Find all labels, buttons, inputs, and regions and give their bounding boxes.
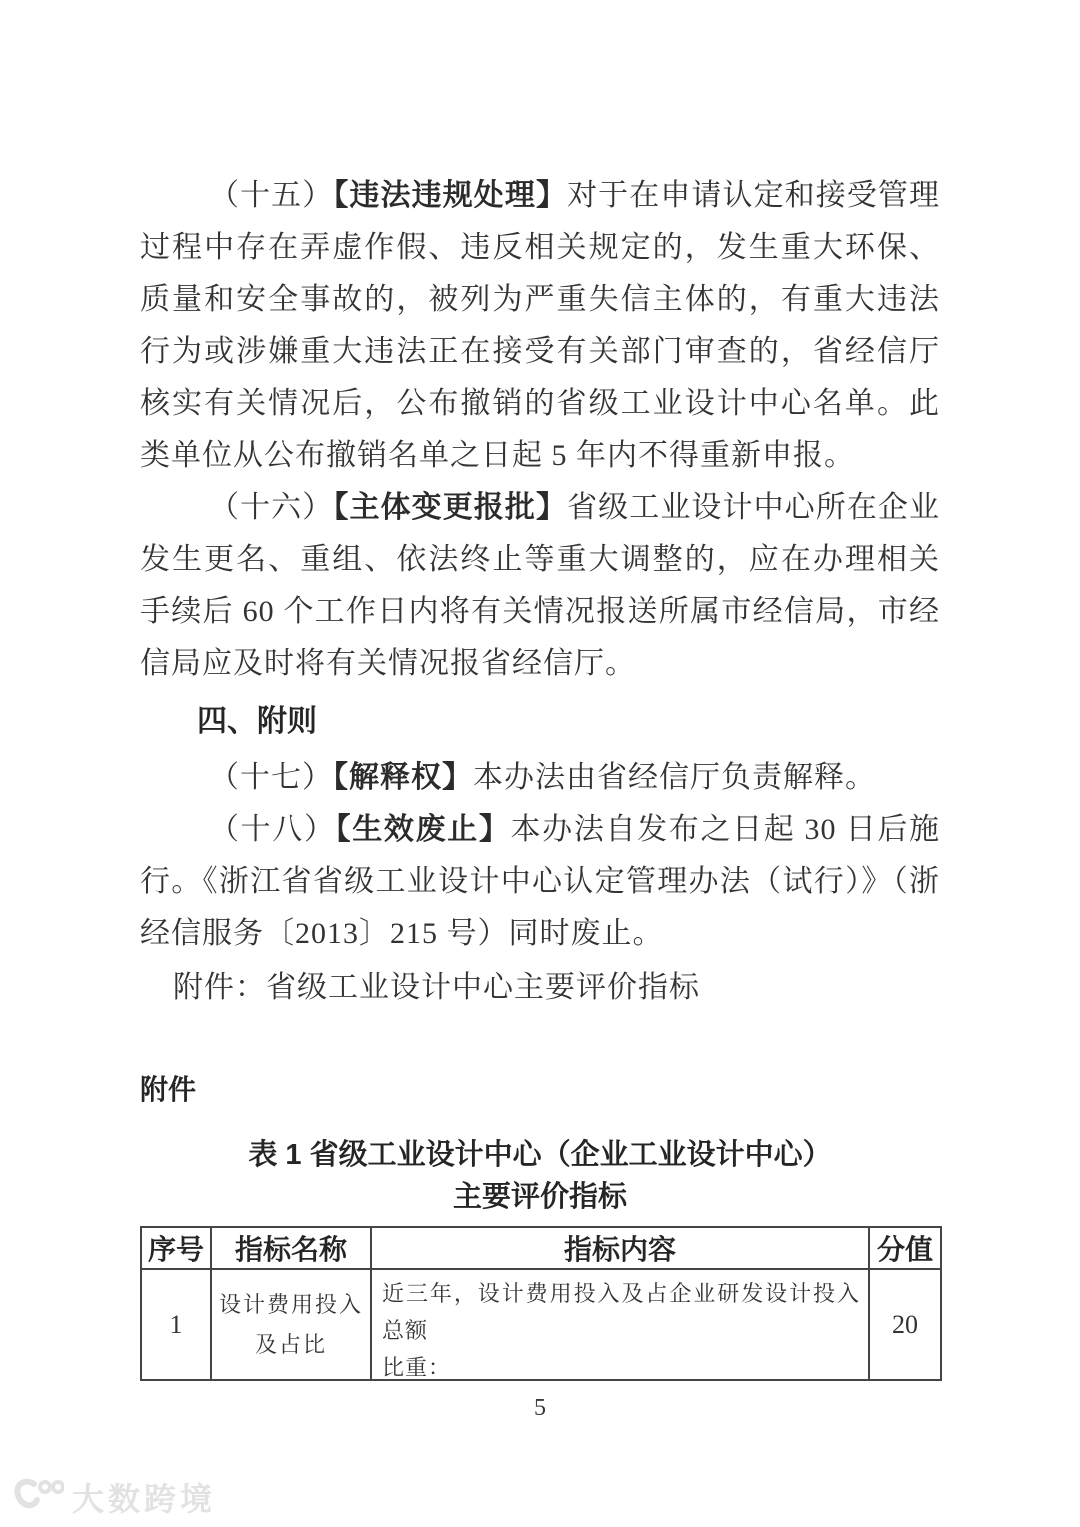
- paragraph-18: （十八）【生效废止】本办法自发布之日起 30 日后施行。《浙江省省级工业设计中心…: [140, 804, 940, 960]
- table-title-line1: 表 1 省级工业设计中心（企业工业设计中心）: [140, 1134, 940, 1176]
- attachment-label: 附件: [140, 1072, 940, 1108]
- header-score: 分值: [869, 1227, 941, 1269]
- paragraph-16: （十六）【主体变更报批】省级工业设计中心所在企业发生更名、重组、依法终止等重大调…: [140, 482, 940, 690]
- cell-serial-number: 1: [141, 1269, 211, 1380]
- watermark-text: 大数跨境: [72, 1474, 216, 1520]
- clause-tag: 【生效废止】: [336, 813, 511, 846]
- header-indicator-content: 指标内容: [371, 1227, 869, 1269]
- table-title: 表 1 省级工业设计中心（企业工业设计中心） 主要评价指标: [140, 1134, 940, 1218]
- table-title-line2: 主要评价指标: [140, 1176, 940, 1218]
- document-body: （十五）【违法违规处理】对于在申请认定和接受管理过程中存在弄虚作假、违反相关规定…: [140, 170, 940, 1422]
- attachment-reference-line: 附件：省级工业设计中心主要评价指标: [140, 962, 940, 1014]
- header-serial-number: 序号: [141, 1227, 211, 1269]
- clause-number: （十七）: [209, 761, 333, 794]
- cell-score: 20: [869, 1269, 941, 1380]
- watermark-logo-icon: [12, 1476, 64, 1518]
- cell-indicator-name: 设计费用投入 及占比: [211, 1269, 371, 1380]
- cell-indicator-content: 近三年，设计费用投入及占企业研发设计投入总额 比重： 设计费用投入达到 500 …: [371, 1269, 869, 1380]
- cell-indicator-content-text: 近三年，设计费用投入及占企业研发设计投入总额 比重： 设计费用投入达到 500 …: [372, 1270, 868, 1379]
- clause-number: （十八）: [209, 813, 336, 846]
- paragraph-15: （十五）【违法违规处理】对于在申请认定和接受管理过程中存在弄虚作假、违反相关规定…: [140, 170, 940, 482]
- clause-number: （十五）: [209, 179, 333, 212]
- clause-text: 本办法由省经信厅负责解释。: [473, 761, 876, 794]
- header-indicator-name: 指标名称: [211, 1227, 371, 1269]
- evaluation-indicators-table: 序号 指标名称 指标内容 分值 1 设计费用投入 及占比 近三年，设计费用投入及…: [140, 1226, 942, 1381]
- table-row: 1 设计费用投入 及占比 近三年，设计费用投入及占企业研发设计投入总额 比重： …: [141, 1269, 941, 1380]
- watermark: 大数跨境: [12, 1474, 216, 1520]
- clause-tag: 【违法违规处理】: [333, 179, 567, 212]
- clause-text: 对于在申请认定和接受管理过程中存在弄虚作假、违反相关规定的，发生重大环保、质量和…: [140, 179, 940, 472]
- section-heading-supplementary: 四、附则: [140, 696, 940, 748]
- clause-tag: 【解释权】: [333, 761, 473, 794]
- clause-tag: 【主体变更报批】: [333, 491, 567, 524]
- page-number: 5: [140, 1395, 940, 1422]
- table-header-row: 序号 指标名称 指标内容 分值: [141, 1227, 941, 1269]
- clause-number: （十六）: [209, 491, 333, 524]
- paragraph-17: （十七）【解释权】本办法由省经信厅负责解释。: [140, 752, 940, 804]
